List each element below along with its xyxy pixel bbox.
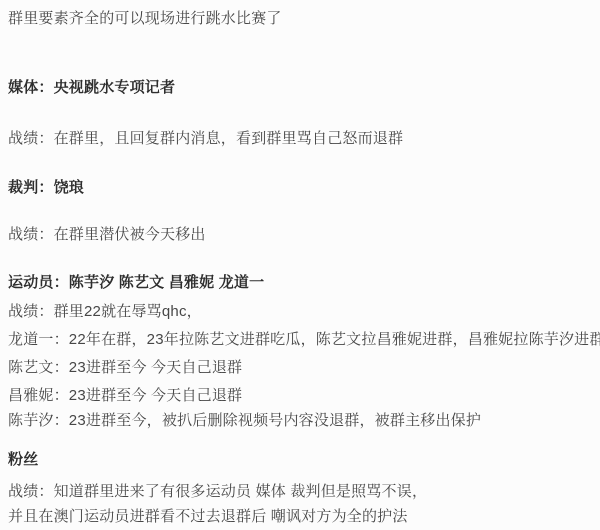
section-fans-record-2: 并且在澳门运动员进群看不过去退群后 嘲讽对方为全的护法 [8,507,598,526]
section-media-record: 战绩：在群里，且回复群内消息，看到群里骂自己怒而退群 [8,129,598,148]
text-post-screenshot: 群里要素齐全的可以现场进行跳水比赛了 媒体：央视跳水专项记者 战绩：在群里，且回… [0,0,600,530]
intro-line: 群里要素齐全的可以现场进行跳水比赛了 [8,9,598,28]
section-referee-record: 战绩：在群里潜伏被今天移出 [8,225,598,244]
section-athletes-header: 运动员：陈芋汐 陈艺文 昌雅妮 龙道一 [8,273,598,292]
section-referee-header: 裁判：饶琅 [8,178,598,197]
athlete-line-longdaoyi: 龙道一：22年在群，23年拉陈艺文进群吃瓜，陈艺文拉昌雅妮进群，昌雅妮拉陈芋汐进… [8,330,598,349]
section-fans-header: 粉丝 [8,450,598,469]
athlete-line-chenyiwen: 陈艺文：23进群至今 今天自己退群 [8,358,598,377]
athlete-line-chenyuxi: 陈芋汐：23进群至今，被扒后删除视频号内容没退群，被群主移出保护 [8,411,598,430]
athlete-line-changyani: 昌雅妮：23进群至今 今天自己退群 [8,386,598,405]
section-fans-record-1: 战绩：知道群里进来了有很多运动员 媒体 裁判但是照骂不误， [8,482,598,501]
section-media-header: 媒体：央视跳水专项记者 [8,78,598,97]
section-athletes-record: 战绩：群里22就在辱骂qhc， [8,302,598,321]
